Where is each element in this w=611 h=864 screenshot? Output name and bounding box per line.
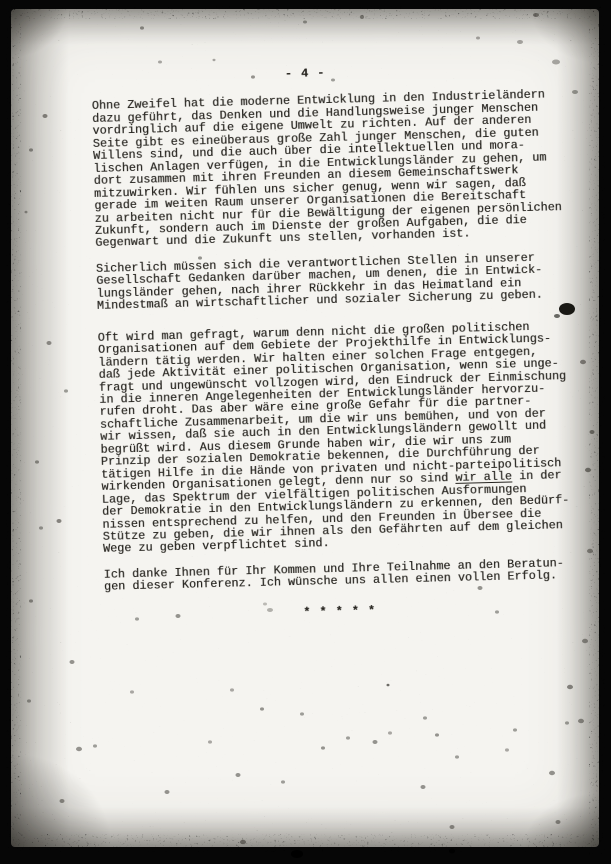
document-page: - 4 - Ohne Zweifel hat die moderne Entwi… xyxy=(11,9,599,847)
paragraph-3-part-b: Lage, das Spektrum der vielfältigen poli… xyxy=(102,481,581,555)
paragraph-2: Sicherlich müssen sich die verantwortlic… xyxy=(96,251,575,313)
paragraph-1: Ohne Zweifel hat die moderne Entwicklung… xyxy=(92,88,574,249)
page-number: - 4 - xyxy=(91,62,519,85)
document-text: - 4 - Ohne Zweifel hat die moderne Entwi… xyxy=(91,61,583,624)
paragraph-4: Ich danke Ihnen für Ihr Kommen und Ihre … xyxy=(104,557,582,594)
end-asterisks: * * * * * xyxy=(105,600,575,624)
paragraph-3: Oft wird man gefragt, warum denn nicht d… xyxy=(98,320,582,556)
paragraph-3-part-a: Oft wird man gefragt, warum denn nicht d… xyxy=(98,320,580,481)
